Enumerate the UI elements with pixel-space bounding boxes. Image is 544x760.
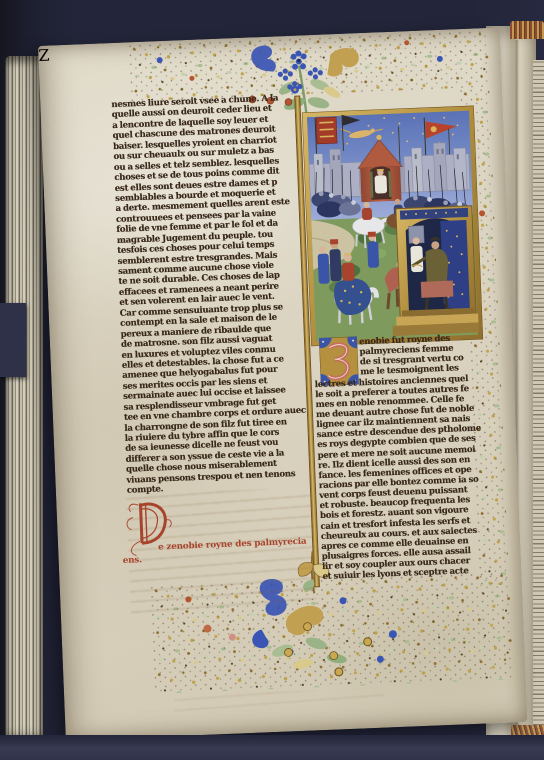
gilt-corner-edge (511, 725, 544, 753)
book-leaf-edges (5, 56, 43, 744)
facing-page-text-showthrough (533, 60, 544, 760)
text-column-right: enobie fut royne despalmyreciens femmede… (313, 332, 513, 587)
photograph-background: nesmes liure seroit vsee a chune. A laqu… (0, 0, 544, 760)
manuscript-page: nesmes liure seroit vsee a chune. A laqu… (38, 27, 528, 740)
rubric-chapter-title-2: ens. (123, 555, 143, 566)
blue-bookmark-tab (0, 303, 26, 377)
binding-headband (510, 21, 544, 39)
text-column-left: nesmes liure seroit vsee a chune. A laqu… (111, 93, 311, 500)
miniature-zenobia-scene (302, 106, 483, 347)
